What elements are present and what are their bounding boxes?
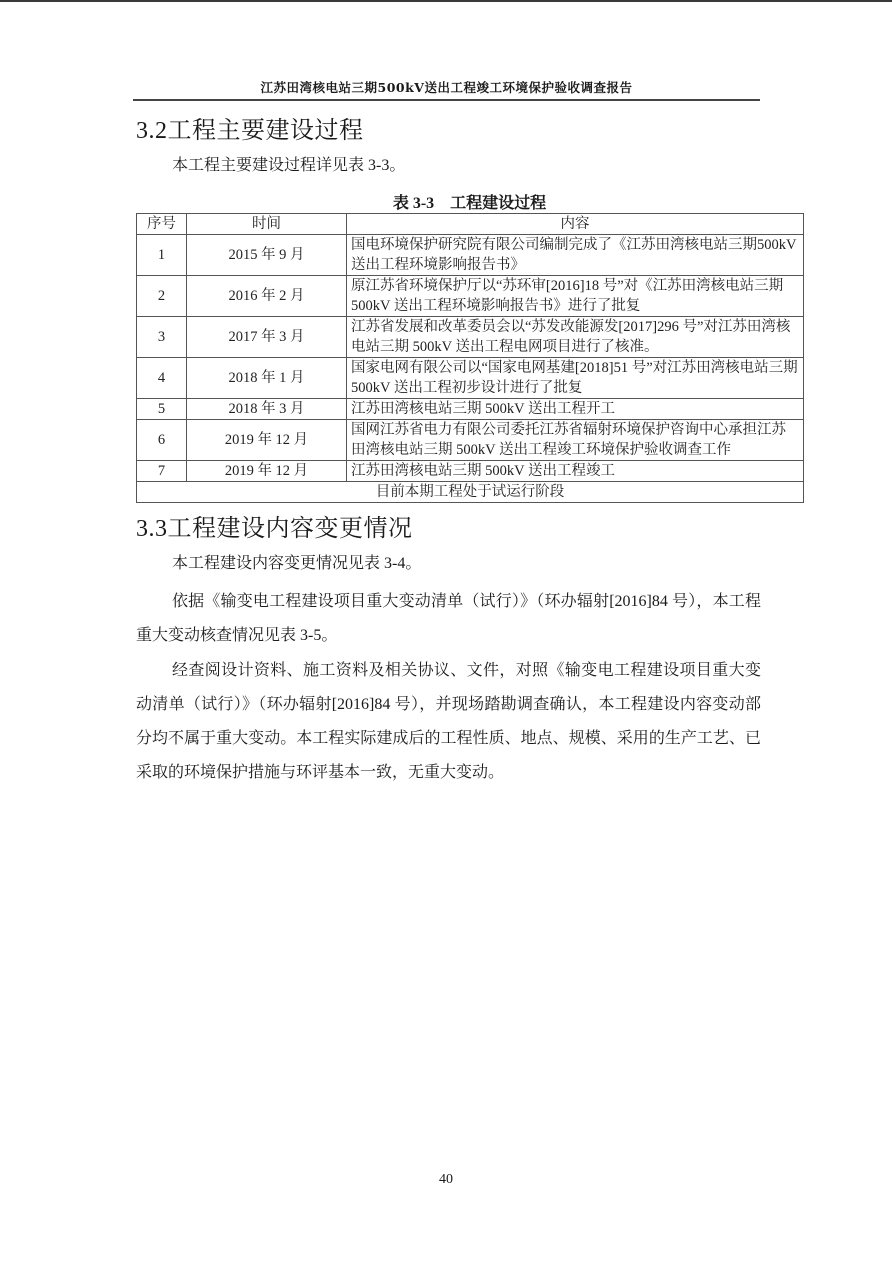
table-row: 1 2015 年 9 月 国电环境保护研究院有限公司编制完成了《江苏田湾核电站三… — [137, 235, 804, 276]
row-content: 国电环境保护研究院有限公司编制完成了《江苏田湾核电站三期500kV 送出工程环境… — [347, 235, 804, 276]
row-num: 7 — [137, 461, 187, 482]
header-rule — [133, 99, 760, 101]
row-num: 5 — [137, 399, 187, 420]
row-num: 3 — [137, 317, 187, 358]
construction-process-table: 序号 时间 内容 1 2015 年 9 月 国电环境保护研究院有限公司编制完成了… — [136, 213, 804, 503]
row-time: 2018 年 3 月 — [187, 399, 347, 420]
row-num: 6 — [137, 420, 187, 461]
row-time: 2015 年 9 月 — [187, 235, 347, 276]
row-num: 1 — [137, 235, 187, 276]
row-time: 2019 年 12 月 — [187, 420, 347, 461]
table-footer-note: 目前本期工程处于试运行阶段 — [137, 482, 804, 503]
table-caption: 表 3-3 工程建设过程 — [136, 190, 803, 213]
page-number: 40 — [0, 1172, 892, 1188]
column-header-time: 时间 — [187, 214, 347, 235]
row-time: 2019 年 12 月 — [187, 461, 347, 482]
row-content: 国家电网有限公司以“国家电网基建[2018]51 号”对江苏田湾核电站三期 50… — [347, 358, 804, 399]
row-time: 2016 年 2 月 — [187, 276, 347, 317]
section-heading-3-3: 3.3工程建设内容变更情况 — [136, 508, 413, 543]
column-header-content: 内容 — [347, 214, 804, 235]
section-3-3-paragraph-1: 本工程建设内容变更情况见表 3-4。 — [136, 547, 761, 581]
section-3-3-paragraph-2: 依据《输变电工程建设项目重大变动清单（试行）》（环办辐射[2016]84 号），… — [136, 585, 761, 653]
row-time: 2017 年 3 月 — [187, 317, 347, 358]
table-row: 5 2018 年 3 月 江苏田湾核电站三期 500kV 送出工程开工 — [137, 399, 804, 420]
row-content: 江苏田湾核电站三期 500kV 送出工程开工 — [347, 399, 804, 420]
row-content: 江苏省发展和改革委员会以“苏发改能源发[2017]296 号”对江苏田湾核电站三… — [347, 317, 804, 358]
section-3-3-paragraph-3: 经查阅设计资料、施工资料及相关协议、文件，对照《输变电工程建设项目重大变动清单（… — [136, 654, 761, 790]
row-content: 原江苏省环境保护厅以“苏环审[2016]18 号”对《江苏田湾核电站三期 500… — [347, 276, 804, 317]
section-3-2-intro: 本工程主要建设过程详见表 3-3。 — [136, 149, 761, 183]
row-num: 4 — [137, 358, 187, 399]
row-content: 江苏田湾核电站三期 500kV 送出工程竣工 — [347, 461, 804, 482]
table-footer-row: 目前本期工程处于试运行阶段 — [137, 482, 804, 503]
table-row: 4 2018 年 1 月 国家电网有限公司以“国家电网基建[2018]51 号”… — [137, 358, 804, 399]
row-content: 国网江苏省电力有限公司委托江苏省辐射环境保护咨询中心承担江苏田湾核电站三期 50… — [347, 420, 804, 461]
running-header: 江苏田湾核电站三期500kV送出工程竣工环境保护验收调查报告 — [133, 78, 760, 96]
table-row: 3 2017 年 3 月 江苏省发展和改革委员会以“苏发改能源发[2017]29… — [137, 317, 804, 358]
section-heading-3-2: 3.2工程主要建设过程 — [136, 110, 364, 145]
table-row: 2 2016 年 2 月 原江苏省环境保护厅以“苏环审[2016]18 号”对《… — [137, 276, 804, 317]
row-num: 2 — [137, 276, 187, 317]
column-header-num: 序号 — [137, 214, 187, 235]
table-row: 7 2019 年 12 月 江苏田湾核电站三期 500kV 送出工程竣工 — [137, 461, 804, 482]
table-header-row: 序号 时间 内容 — [137, 214, 804, 235]
row-time: 2018 年 1 月 — [187, 358, 347, 399]
page-top-edge — [0, 0, 892, 2]
table-row: 6 2019 年 12 月 国网江苏省电力有限公司委托江苏省辐射环境保护咨询中心… — [137, 420, 804, 461]
